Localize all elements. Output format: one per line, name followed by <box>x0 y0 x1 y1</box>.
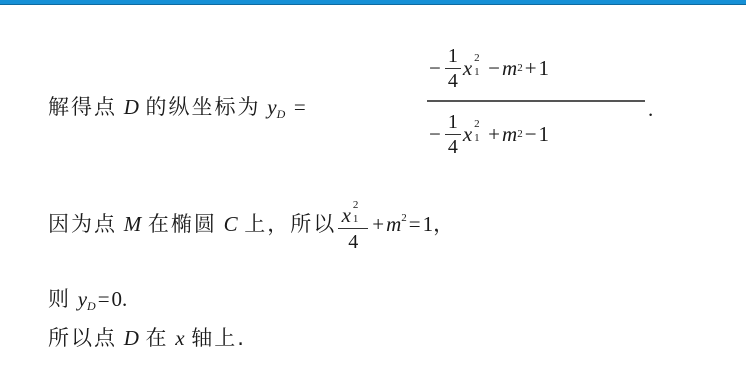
x-sub: 1 <box>353 214 359 225</box>
m-variable: m <box>386 212 401 236</box>
x-sup: 2 <box>474 118 480 130</box>
one-quarter: 14 <box>445 110 461 159</box>
text-prefix: 因为点 <box>48 212 117 236</box>
line1-period: . <box>648 97 653 122</box>
frac-num: 1 <box>448 44 458 68</box>
x-scripts: 21 <box>472 58 486 78</box>
x-variable: x <box>463 56 472 81</box>
point-label: D <box>124 326 139 350</box>
text-prefix: 则 <box>48 287 71 311</box>
fraction-numerator: − 14 x21 − m2 + 1 <box>427 36 647 100</box>
frac-num: 1 <box>448 110 458 134</box>
equals-sign: = <box>294 95 306 119</box>
constant: 1 <box>539 56 550 81</box>
m-sup: 2 <box>517 128 523 140</box>
x-variable: x <box>463 122 472 147</box>
operator: + <box>525 56 537 81</box>
point-label: M <box>124 212 142 236</box>
frac-den: 4 <box>448 135 458 159</box>
operator: − <box>525 122 537 147</box>
y-variable: y <box>78 287 87 311</box>
axis-label: x <box>175 326 184 350</box>
line-end: ， <box>433 212 456 236</box>
equals-sign: = <box>98 287 110 311</box>
fraction-denominator: − 14 x21 + m2 − 1 <box>427 102 647 166</box>
equals-sign: = <box>409 212 421 236</box>
line-conclusion: 所以点 D 在 x 轴上. <box>48 328 246 349</box>
y-subscript: D <box>87 299 96 313</box>
text-after: 上，所以 <box>244 212 336 236</box>
minus-sign: − <box>429 56 441 81</box>
frac-den: 4 <box>448 69 458 93</box>
text-mid: 在 <box>146 326 169 350</box>
x-scripts: 21 <box>351 206 365 226</box>
constant: 1 <box>539 122 550 147</box>
top-accent-bar <box>0 0 746 5</box>
one-quarter: 14 <box>445 44 461 93</box>
text-prefix: 所以点 <box>48 326 117 350</box>
x-sub: 1 <box>474 66 480 78</box>
x-scripts: 21 <box>472 124 486 144</box>
operator: − <box>488 56 500 81</box>
m-sup: 2 <box>517 62 523 74</box>
m-variable: m <box>502 122 517 147</box>
x-sup: 2 <box>353 200 359 211</box>
y-variable: y <box>267 95 276 119</box>
line-yd-zero: 则 yD=0. <box>48 289 127 312</box>
yd-fraction: − 14 x21 − m2 + 1 − 14 x21 + m2 − 1 <box>427 36 647 166</box>
m-variable: m <box>502 56 517 81</box>
x-sup: 2 <box>474 52 480 64</box>
text-prefix: 解得点 <box>48 95 117 119</box>
curve-label: C <box>224 212 238 236</box>
operator: + <box>488 122 500 147</box>
y-subscript: D <box>277 107 286 121</box>
m-sup: 2 <box>401 212 407 224</box>
x-variable: x <box>342 205 351 226</box>
value: 0 <box>112 287 123 311</box>
frac-num: x21 <box>342 196 365 226</box>
text-mid: 在椭圆 <box>148 212 217 236</box>
line-ellipse-condition: 因为点 M 在椭圆 C 上，所以x214+m2=1， <box>48 196 456 255</box>
x1-squared-over-4: x214 <box>338 196 368 255</box>
point-label: D <box>124 95 139 119</box>
line-end: . <box>122 287 127 311</box>
plus-sign: + <box>372 212 384 236</box>
frac-den: 4 <box>348 229 358 255</box>
minus-sign: − <box>429 122 441 147</box>
x-sub: 1 <box>474 132 480 144</box>
rhs-value: 1 <box>423 212 434 236</box>
line-solve-yd: 解得点 D 的纵坐标为 yD = <box>48 97 308 120</box>
text-end: 轴上. <box>191 326 246 350</box>
text-mid: 的纵坐标为 <box>146 95 261 119</box>
